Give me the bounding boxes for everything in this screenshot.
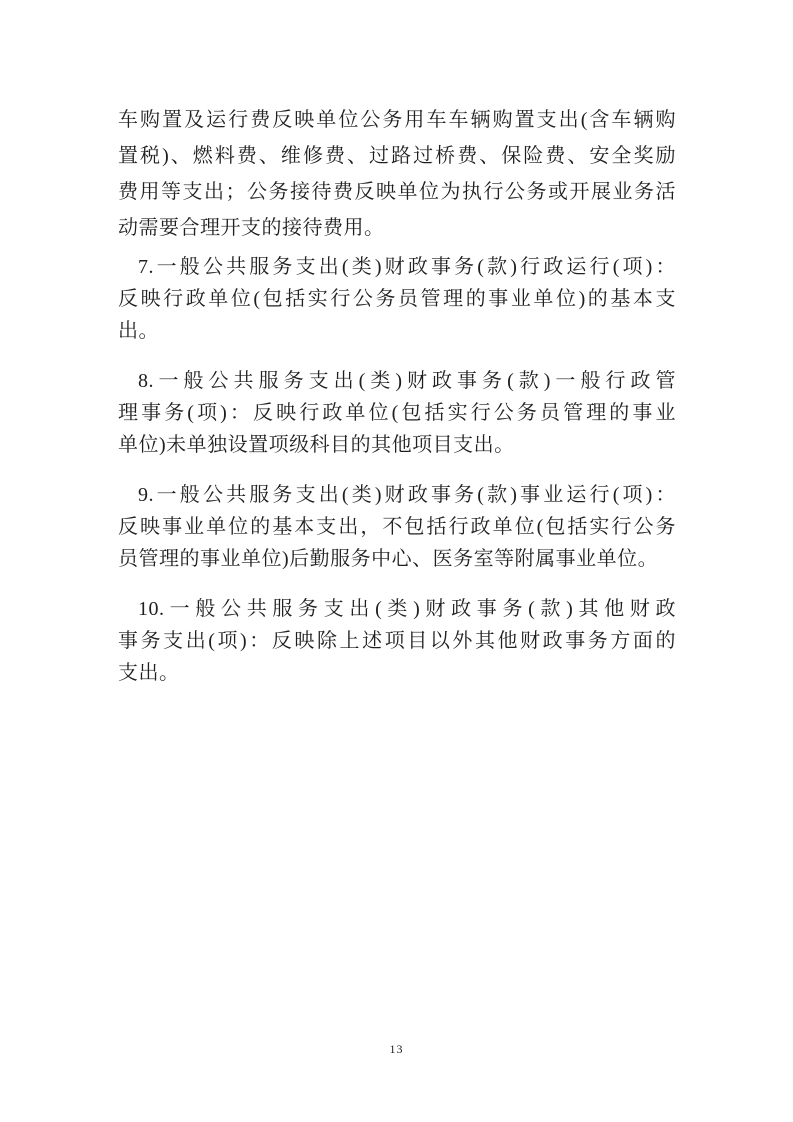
text-line: 10.一般公共服务支出(类)财政事务(款)其他财政 <box>118 593 676 625</box>
text-line: 费用等支出；公务接待费反映单位为执行公务或开展业务活 <box>118 174 676 210</box>
text-line: 置税)、燃料费、维修费、过路过桥费、保险费、安全奖励 <box>118 138 676 174</box>
document-page: 车购置及运行费反映单位公务用车车辆购置支出(含车辆购置税)、燃料费、维修费、过路… <box>0 0 793 1122</box>
text-line: 出。 <box>118 315 676 347</box>
text-line: 理事务(项)：反映行政单位(包括实行公务员管理的事业 <box>118 397 676 429</box>
document-body: 车购置及运行费反映单位公务用车车辆购置支出(含车辆购置税)、燃料费、维修费、过路… <box>118 102 676 689</box>
text-line: 支出。 <box>118 657 676 689</box>
paragraph-item-7: 7.一般公共服务支出(类)财政事务(款)行政运行(项)：反映行政单位(包括实行公… <box>118 251 676 347</box>
paragraph-item-9: 9.一般公共服务支出(类)财政事务(款)事业运行(项)：反映事业单位的基本支出，… <box>118 479 676 575</box>
page-footer: 13 <box>0 1040 793 1058</box>
text-line: 8.一般公共服务支出(类)财政事务(款)一般行政管 <box>118 365 676 397</box>
text-line: 单位)未单独设置项级科目的其他项目支出。 <box>118 429 676 461</box>
paragraph-item-10: 10.一般公共服务支出(类)财政事务(款)其他财政事务支出(项)：反映除上述项目… <box>118 593 676 689</box>
text-line: 7.一般公共服务支出(类)财政事务(款)行政运行(项)： <box>118 251 676 283</box>
paragraph-item-8: 8.一般公共服务支出(类)财政事务(款)一般行政管理事务(项)：反映行政单位(包… <box>118 365 676 461</box>
text-line: 9.一般公共服务支出(类)财政事务(款)事业运行(项)： <box>118 479 676 511</box>
paragraph-vehicle-and-reception-expense-note: 车购置及运行费反映单位公务用车车辆购置支出(含车辆购置税)、燃料费、维修费、过路… <box>118 102 676 246</box>
text-line: 反映行政单位(包括实行公务员管理的事业单位)的基本支 <box>118 283 676 315</box>
text-line: 反映事业单位的基本支出，不包括行政单位(包括实行公务 <box>118 511 676 543</box>
page-number: 13 <box>390 1042 404 1056</box>
text-line: 动需要合理开支的接待费用。 <box>118 210 676 246</box>
text-line: 员管理的事业单位)后勤服务中心、医务室等附属事业单位。 <box>118 543 676 575</box>
text-line: 车购置及运行费反映单位公务用车车辆购置支出(含车辆购 <box>118 102 676 138</box>
text-line: 事务支出(项)：反映除上述项目以外其他财政事务方面的 <box>118 625 676 657</box>
